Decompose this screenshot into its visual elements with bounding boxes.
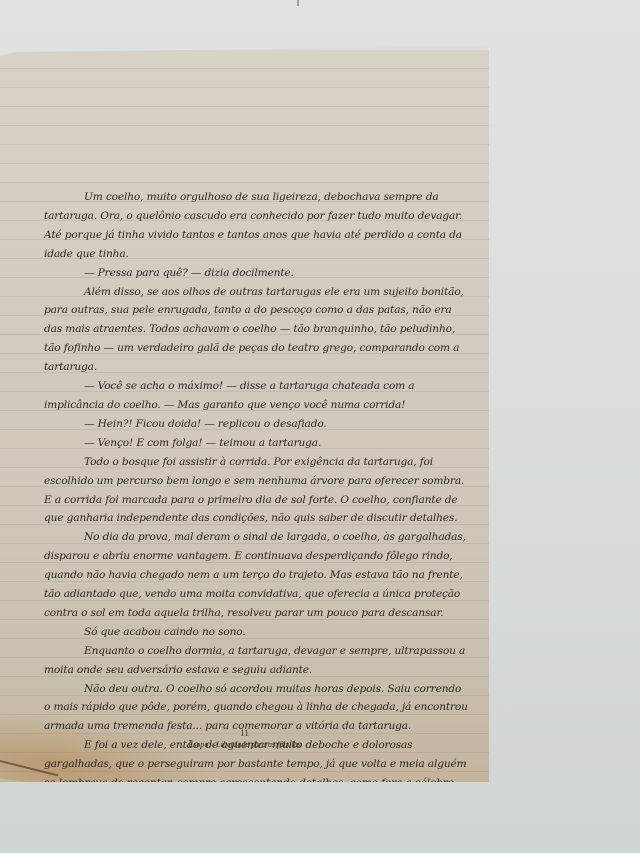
paragraph-dialogue: — Você se acha o máximo! — disse a tarta… [44, 377, 469, 415]
paragraph: Um coelho, muito orgulhoso de sua ligeir… [44, 188, 469, 264]
running-title: Esopo – Liberdade para as fábulas [0, 740, 489, 749]
paragraph: No dia da prova, mal deram o sinal de la… [44, 528, 469, 623]
paragraph: Além disso, se aos olhos de outras tarta… [44, 283, 469, 378]
background-mark [297, 0, 299, 6]
book-page: Um coelho, muito orgulhoso de sua ligeir… [0, 50, 489, 782]
paragraph-dialogue: — Venço! E com folga! — teimou a tartaru… [44, 434, 469, 453]
paragraph: Só que acabou caindo no sono. [44, 623, 469, 642]
paragraph: Enquanto o coelho dormia, a tartaruga, d… [44, 642, 469, 680]
paragraph-dialogue: — Pressa para quê? — dizia docilmente. [44, 264, 469, 283]
page-number: 11 [0, 728, 489, 738]
paragraph-dialogue: — Hein?! Ficou doida! — replicou o desaf… [44, 415, 469, 434]
paragraph: Todo o bosque foi assistir à corrida. Po… [44, 453, 469, 529]
fable-text: Um coelho, muito orgulhoso de sua ligeir… [44, 188, 469, 812]
